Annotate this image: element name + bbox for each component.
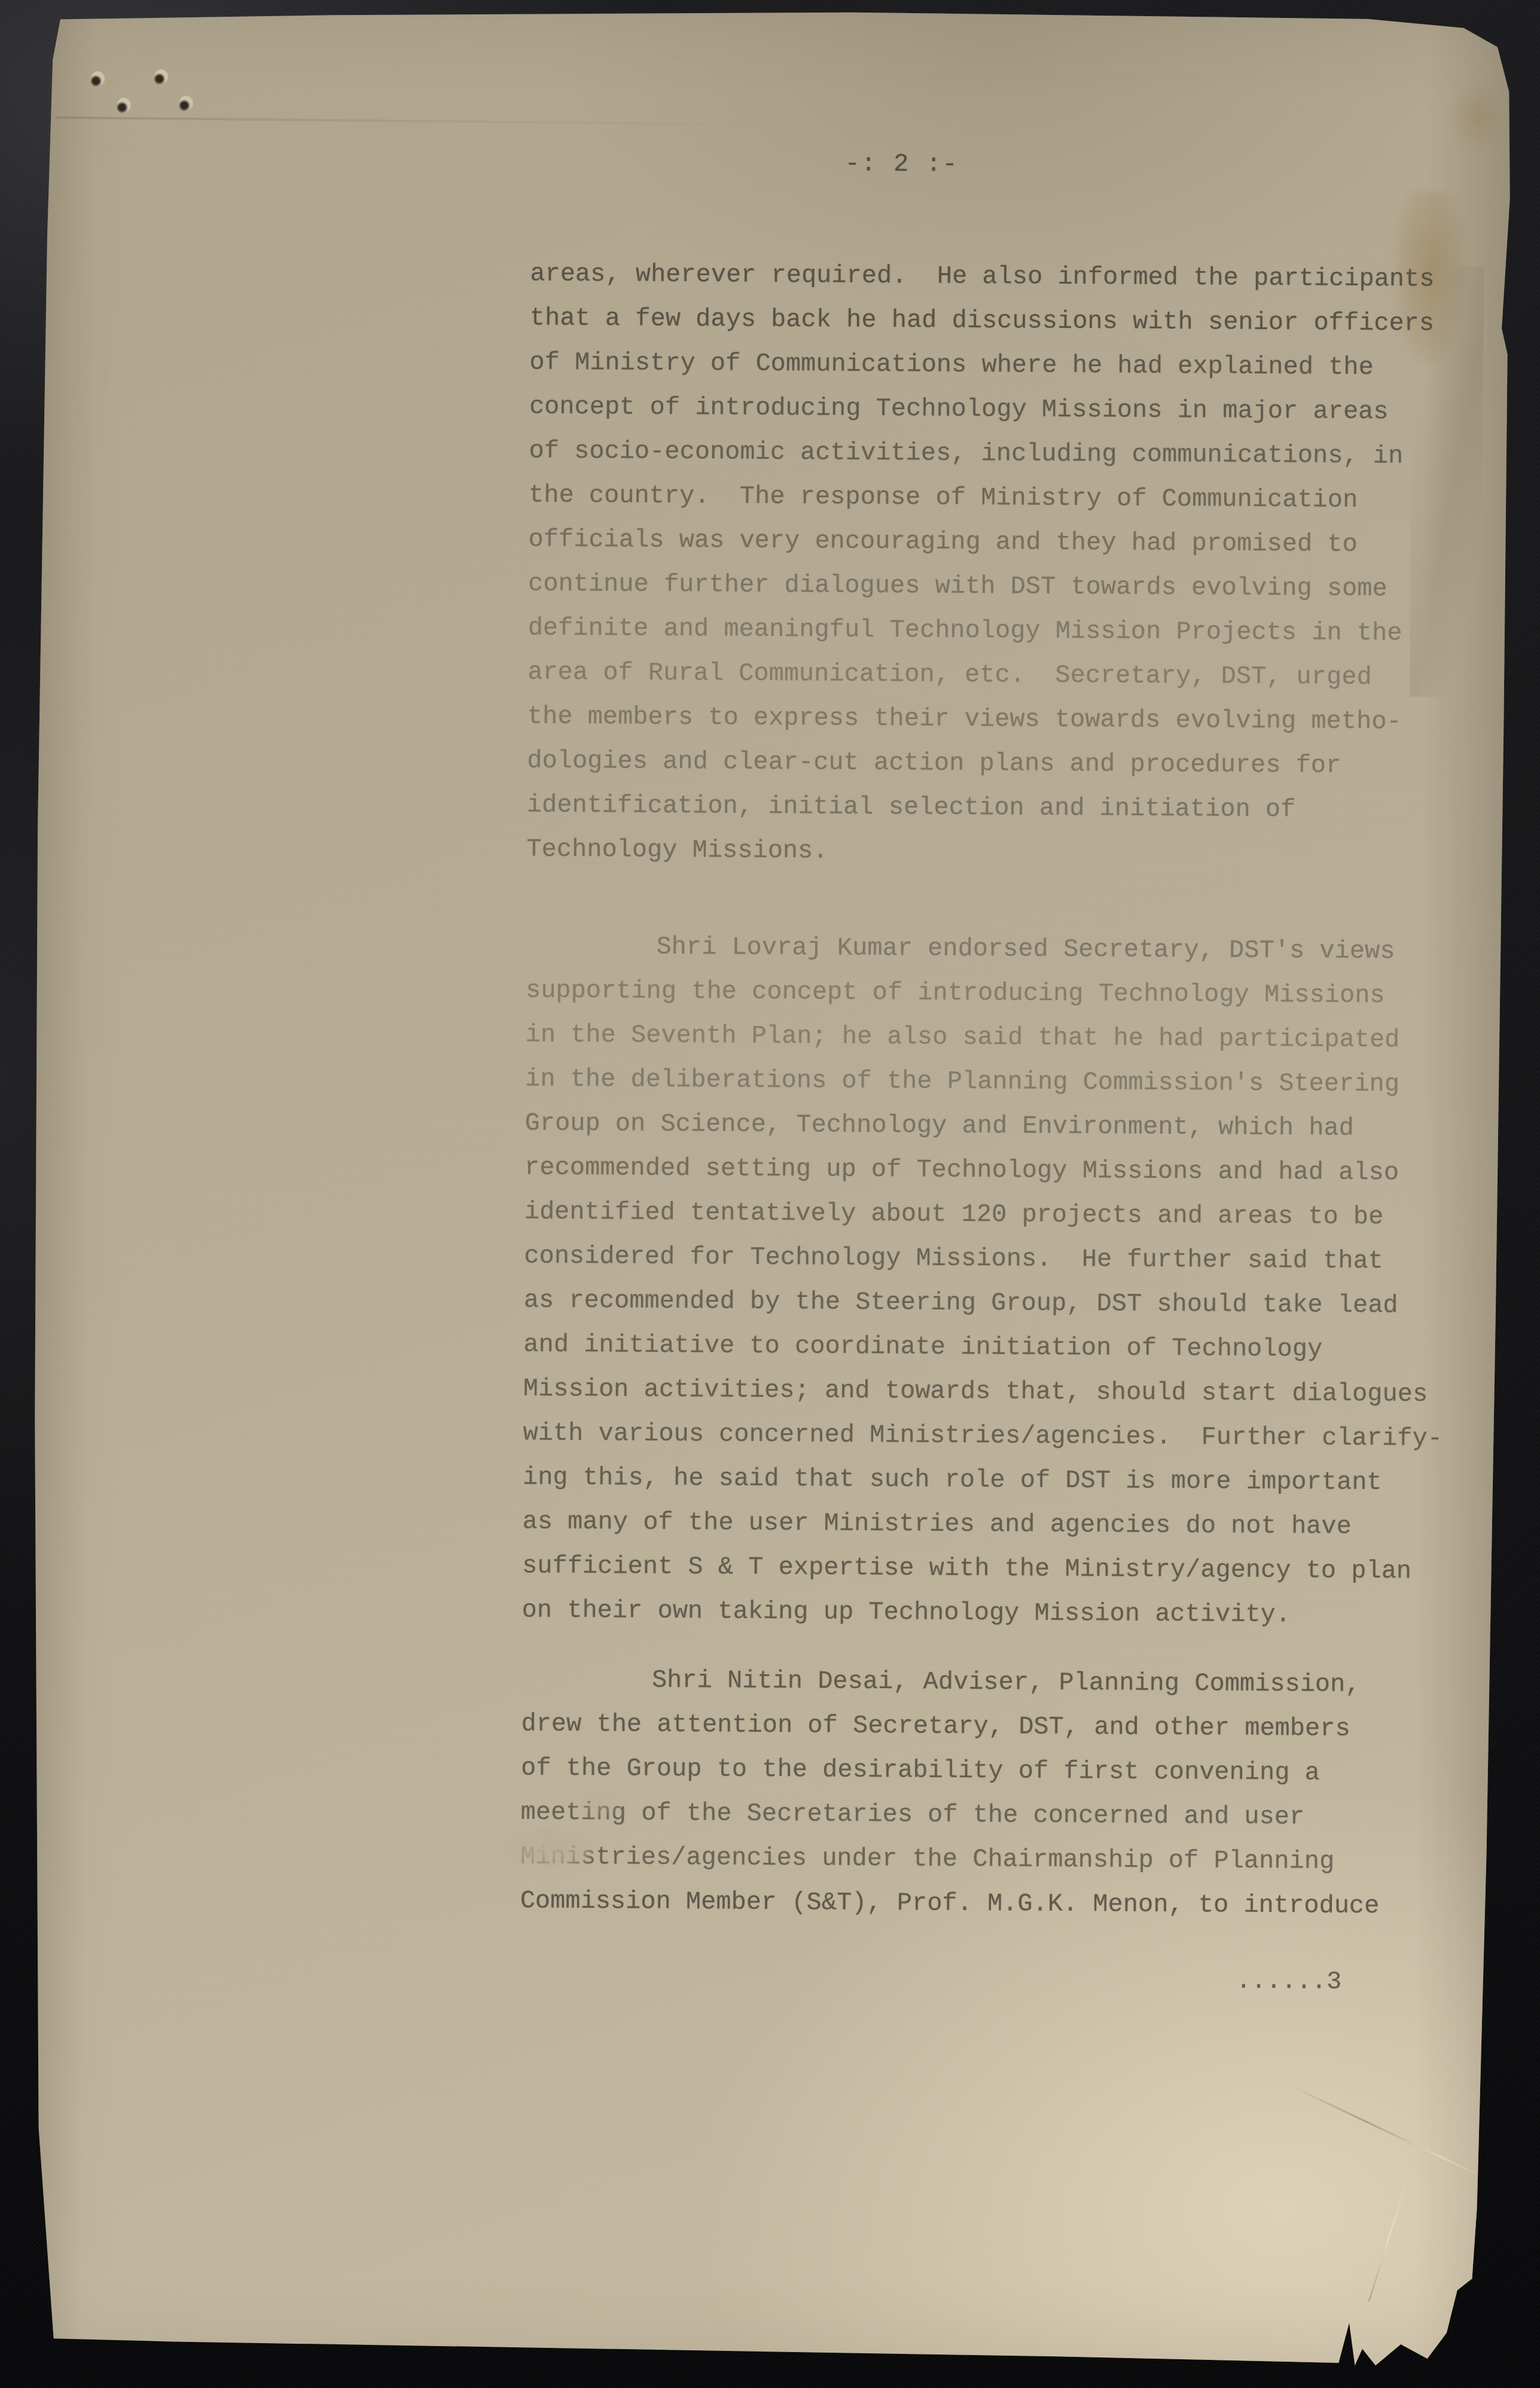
text-line: Shri Lovraj Kumar endorsed Secretary, DS… xyxy=(526,924,1477,974)
text-line: in the deliberations of the Planning Com… xyxy=(525,1056,1476,1107)
text-line: drew the attention of Secretary, DST, an… xyxy=(521,1701,1472,1752)
document-body: areas, wherever required. He also inform… xyxy=(520,252,1481,1929)
text-line: sufficient S & T expertise with the Mini… xyxy=(522,1543,1473,1594)
document-page: -: 2 :- areas, wherever required. He als… xyxy=(24,0,1515,2373)
text-line: of Ministry of Communications where he h… xyxy=(529,340,1480,391)
text-line: Commission Member (S&T), Prof. M.G.K. Me… xyxy=(520,1878,1471,1929)
text-line: recommended setting up of Technology Mis… xyxy=(524,1145,1475,1195)
paragraph: areas, wherever required. He also inform… xyxy=(526,252,1481,878)
stain xyxy=(1449,81,1507,153)
crease-line xyxy=(1368,2176,1409,2302)
text-line: supporting the concept of introducing Te… xyxy=(526,968,1477,1019)
paragraph: Shri Nitin Desai, Adviser, Planning Comm… xyxy=(520,1657,1472,1929)
text-line: officials was very encouraging and they … xyxy=(528,517,1479,568)
text-line: on their own taking up Technology Missio… xyxy=(522,1588,1472,1638)
text-line: Shri Nitin Desai, Adviser, Planning Comm… xyxy=(522,1657,1472,1707)
text-line: in the Seventh Plan; he also said that h… xyxy=(525,1013,1476,1063)
staple-hole xyxy=(117,98,131,114)
text-line: meeting of the Secretaries of the concer… xyxy=(520,1790,1471,1840)
page-number: -: 2 :- xyxy=(844,142,959,187)
staple-hole xyxy=(90,71,105,88)
text-line: as many of the user Ministries and agenc… xyxy=(522,1499,1473,1549)
text-line: that a few days back he had discussions … xyxy=(530,296,1481,346)
text-line: of socio-economic activities, including … xyxy=(529,429,1480,479)
text-line: continue further dialogues with DST towa… xyxy=(528,562,1479,612)
text-line: as recommended by the Steering Group, DS… xyxy=(524,1278,1475,1328)
text-line: of the Group to the desirability of firs… xyxy=(521,1746,1472,1796)
text-line: with various concerned Ministries/agenci… xyxy=(523,1411,1474,1461)
text-line: identification, initial selection and in… xyxy=(527,783,1478,833)
photo-background: -: 2 :- areas, wherever required. He als… xyxy=(0,0,1540,2388)
crease-line xyxy=(56,116,803,126)
text-line: considered for Technology Missions. He f… xyxy=(524,1233,1475,1284)
crease-line xyxy=(1285,2082,1491,2181)
text-line: identified tentatively about 120 project… xyxy=(524,1189,1475,1239)
staple-hole xyxy=(154,69,168,86)
text-line: Technology Missions. xyxy=(526,827,1477,878)
text-line: areas, wherever required. He also inform… xyxy=(530,252,1481,302)
staple-hole xyxy=(179,96,193,112)
text-line: dologies and clear-cut action plans and … xyxy=(527,739,1478,789)
text-line: concept of introducing Technology Missio… xyxy=(529,385,1480,435)
paragraph: Shri Lovraj Kumar endorsed Secretary, DS… xyxy=(522,924,1477,1638)
text-line: area of Rural Communication, etc. Secret… xyxy=(527,650,1478,700)
text-line: ing this, he said that such role of DST … xyxy=(523,1455,1474,1505)
text-line: the members to express their views towar… xyxy=(527,695,1478,745)
text-line: Mission activities; and towards that, sh… xyxy=(523,1366,1474,1417)
text-line: Group on Science, Technology and Environ… xyxy=(524,1101,1475,1151)
text-line: definite and meaningful Technology Missi… xyxy=(527,606,1478,656)
text-line: the country. The response of Ministry of… xyxy=(529,473,1480,523)
continuation-mark: ......3 xyxy=(1236,1959,1342,2004)
text-line: and initiative to coordinate initiation … xyxy=(523,1322,1474,1372)
text-line: Ministries/agencies under the Chairmansh… xyxy=(520,1834,1471,1884)
